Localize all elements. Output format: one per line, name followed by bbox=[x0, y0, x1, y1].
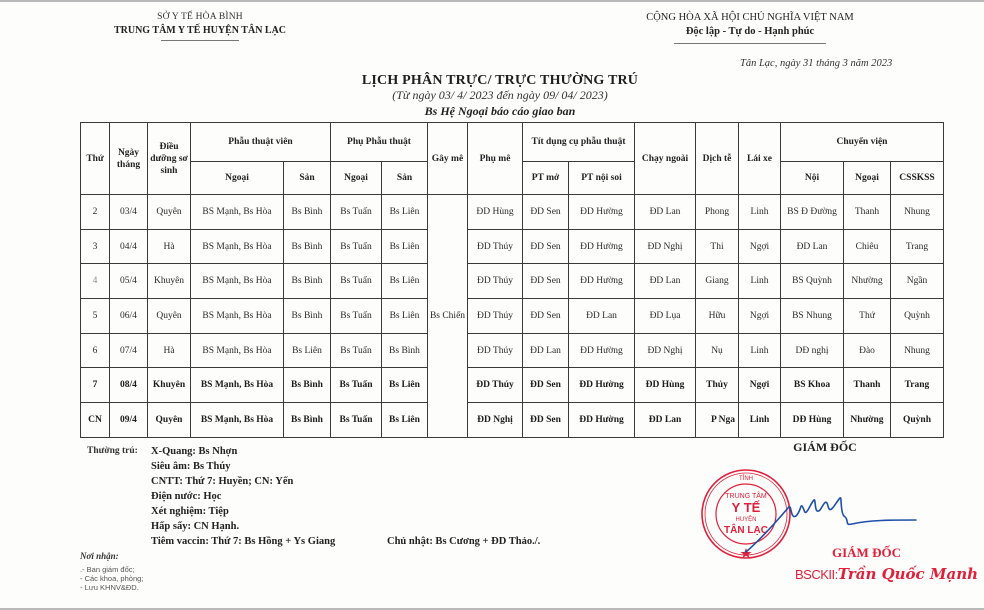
cell-cv-noi: BS Quỳnh bbox=[781, 264, 844, 299]
header-phau-thuat-vien: Phẫu thuật viên bbox=[191, 123, 331, 162]
cell-phu-me: ĐD Thúy bbox=[468, 333, 523, 368]
cell-pt-noi-soi: ĐD Hường bbox=[569, 368, 635, 403]
cell-cv-noi: DĐ nghị bbox=[781, 333, 844, 368]
cell-cv-ngoai: Đào bbox=[844, 333, 891, 368]
cell-dich-te: Hữu bbox=[696, 299, 739, 334]
cell-ngay: 07/4 bbox=[110, 333, 148, 368]
cell-dich-te: P Nga bbox=[696, 403, 739, 438]
cell-ppt-ngoai: Bs Tuấn bbox=[331, 333, 382, 368]
cell-cv-ngoai: Thanh bbox=[844, 368, 891, 403]
cell-phu-me: ĐD Thúy bbox=[468, 299, 523, 334]
cell-chay-ngoai: ĐD Hùng bbox=[635, 368, 696, 403]
cell-ptv-ngoai: BS Mạnh, Bs Hòa bbox=[191, 368, 284, 403]
divider bbox=[674, 43, 826, 44]
cell-dd: Hà bbox=[148, 333, 191, 368]
note-xquang: X-Quang: Bs Nhợn bbox=[151, 446, 237, 457]
recipient-item: - Lưu KHNV&ĐD. bbox=[80, 583, 143, 592]
header-pt-noi-soi: PT nội soi bbox=[569, 162, 635, 195]
cell-thu: CN bbox=[81, 403, 110, 438]
director-degree: BSCKII: bbox=[795, 567, 838, 582]
cell-ptv-san: Bs Bình bbox=[284, 195, 331, 230]
cell-ngay: 06/4 bbox=[110, 299, 148, 334]
header-dieu-duong: Điều dưỡng sơ sinh bbox=[148, 123, 191, 195]
note-sunday: Chủ nhật: Bs Cương + ĐD Thảo./. bbox=[387, 536, 540, 547]
cell-chay-ngoai: ĐD Nghị bbox=[635, 229, 696, 264]
divider bbox=[161, 40, 239, 41]
cell-phu-me: ĐD Nghị bbox=[468, 403, 523, 438]
cell-pt-mo: ĐD Sen bbox=[523, 299, 569, 334]
cell-dich-te: Thi bbox=[696, 229, 739, 264]
department-name: SỞ Y TẾ HÒA BÌNH bbox=[60, 12, 340, 22]
header-gay-me: Gây mê bbox=[428, 123, 468, 195]
note-tiem-vaccin: Tiêm vaccin: Thứ 7: Bs Hồng + Ys Giang bbox=[151, 536, 335, 547]
cell-ptv-san: Bs Bình bbox=[284, 229, 331, 264]
cell-ptv-san: Bs Bình bbox=[284, 368, 331, 403]
cell-pt-mo: ĐD Sen bbox=[523, 195, 569, 230]
header-phu-phau-thuat: Phụ Phẫu thuật bbox=[331, 123, 428, 162]
cell-phu-me: ĐD Thúy bbox=[468, 229, 523, 264]
cell-phu-me: ĐD Thúy bbox=[468, 368, 523, 403]
cell-cv-csskss: Trang bbox=[891, 368, 944, 403]
cell-cv-ngoai: Chiêu bbox=[844, 229, 891, 264]
page-top-border bbox=[0, 0, 984, 2]
cell-ngay: 05/4 bbox=[110, 264, 148, 299]
cell-pt-noi-soi: ĐD Hường bbox=[569, 403, 635, 438]
table-row: 304/4HàBS Mạnh, Bs HòaBs BìnhBs TuấnBs L… bbox=[81, 229, 944, 264]
recipients: Nơi nhận: .- Ban giám đốc; - Các khoa, p… bbox=[80, 551, 143, 592]
cell-cv-csskss: Nhung bbox=[891, 333, 944, 368]
cell-ppt-ngoai: Bs Tuấn bbox=[331, 403, 382, 438]
header-thu: Thứ bbox=[81, 123, 110, 195]
cell-ngay: 09/4 bbox=[110, 403, 148, 438]
cell-dd: Quyên bbox=[148, 299, 191, 334]
note-xet-nghiem: Xét nghiệm: Tiệp bbox=[151, 506, 229, 517]
header-tit-dung-cu: Tít dụng cụ phẫu thuật bbox=[523, 123, 635, 162]
cell-ppt-san: Bs Liên bbox=[382, 264, 428, 299]
cell-gay-me: Bs Chiến bbox=[428, 195, 468, 438]
note-sieu-am: Siêu âm: Bs Thúy bbox=[151, 461, 230, 472]
cell-cv-noi: BS Đ Đường bbox=[781, 195, 844, 230]
stamp-title: GIÁM ĐỐC bbox=[832, 545, 901, 561]
cell-cv-csskss: Nhung bbox=[891, 195, 944, 230]
cell-ppt-san: Bs Liên bbox=[382, 299, 428, 334]
cell-dd: Khuyên bbox=[148, 368, 191, 403]
cell-lai-xe: Linh bbox=[739, 195, 781, 230]
date-range: (Từ ngày 03/ 4/ 2023 đến ngày 09/ 04/ 20… bbox=[300, 88, 700, 103]
cell-ptv-ngoai: BS Mạnh, Bs Hòa bbox=[191, 229, 284, 264]
cell-ppt-san: Bs Liên bbox=[382, 229, 428, 264]
cell-cv-ngoai: Thanh bbox=[844, 195, 891, 230]
cell-lai-xe: Ngợi bbox=[739, 368, 781, 403]
header-ngay-thang: Ngày tháng bbox=[110, 123, 148, 195]
seal-top: TỈNH bbox=[739, 475, 753, 482]
header-chuyen-vien: Chuyển viện bbox=[781, 123, 944, 162]
cell-chay-ngoai: ĐD Nghị bbox=[635, 333, 696, 368]
cell-ptv-san: Bs Bình bbox=[284, 299, 331, 334]
header-cv-ngoai: Ngoại bbox=[844, 162, 891, 195]
header-ppt-san: Sản bbox=[382, 162, 428, 195]
cell-thu: 4 bbox=[81, 264, 110, 299]
cell-ptv-ngoai: BS Mạnh, Bs Hòa bbox=[191, 299, 284, 334]
cell-cv-noi: ĐD Lan bbox=[781, 229, 844, 264]
cell-ptv-san: Bs Liên bbox=[284, 333, 331, 368]
cell-lai-xe: Linh bbox=[739, 333, 781, 368]
country-name: CỘNG HÒA XÃ HỘI CHỦ NGHĨA VIỆT NAM bbox=[610, 12, 890, 23]
header-phu-me: Phụ mê bbox=[468, 123, 523, 195]
cell-chay-ngoai: ĐD Lan bbox=[635, 403, 696, 438]
cell-dd: Khuyên bbox=[148, 264, 191, 299]
cell-thu: 3 bbox=[81, 229, 110, 264]
header-ptv-san: Sản bbox=[284, 162, 331, 195]
recipient-item: .- Ban giám đốc; bbox=[80, 565, 143, 574]
table-row: 506/4QuyênBS Mạnh, Bs HòaBs BìnhBs TuấnB… bbox=[81, 299, 944, 334]
cell-lai-xe: Ngợi bbox=[739, 299, 781, 334]
cell-cv-noi: DĐ Hùng bbox=[781, 403, 844, 438]
note-hap-say: Hấp sấy: CN Hạnh. bbox=[151, 521, 239, 532]
cell-cv-csskss: Quỳnh bbox=[891, 299, 944, 334]
cell-pt-noi-soi: ĐD Hường bbox=[569, 195, 635, 230]
cell-ptv-ngoai: BS Mạnh, Bs Hòa bbox=[191, 264, 284, 299]
cell-cv-noi: BS Khoa bbox=[781, 368, 844, 403]
cell-chay-ngoai: ĐD Lan bbox=[635, 264, 696, 299]
cell-dd: Hà bbox=[148, 229, 191, 264]
cell-cv-csskss: Ngần bbox=[891, 264, 944, 299]
header-dich-te: Dịch tễ bbox=[696, 123, 739, 195]
table-row: CN09/4QuyênBS Mạnh, Bs HòaBs BìnhBs Tuấn… bbox=[81, 403, 944, 438]
cell-cv-csskss: Quỳnh bbox=[891, 403, 944, 438]
cell-ppt-ngoai: Bs Tuấn bbox=[331, 229, 382, 264]
cell-ngay: 03/4 bbox=[110, 195, 148, 230]
cell-pt-mo: ĐD Sen bbox=[523, 403, 569, 438]
header-lai-xe: Lái xe bbox=[739, 123, 781, 195]
cell-ppt-ngoai: Bs Tuấn bbox=[331, 264, 382, 299]
notes-label: Thường trú: bbox=[87, 446, 138, 456]
cell-ptv-ngoai: BS Mạnh, Bs Hòa bbox=[191, 195, 284, 230]
national-motto: CỘNG HÒA XÃ HỘI CHỦ NGHĨA VIỆT NAM Độc l… bbox=[610, 12, 890, 44]
table-row: 405/4KhuyênBS Mạnh, Bs HòaBs BìnhBs Tuấn… bbox=[81, 264, 944, 299]
cell-pt-noi-soi: ĐD Lan bbox=[569, 299, 635, 334]
note-dien-nuoc: Điện nước: Học bbox=[151, 491, 221, 502]
cell-dich-te: Thủy bbox=[696, 368, 739, 403]
cell-ppt-san: Bs Liên bbox=[382, 403, 428, 438]
cell-cv-csskss: Trang bbox=[891, 229, 944, 264]
note-cntt: CNTT: Thứ 7: Huyền; CN: Yến bbox=[151, 476, 293, 487]
cell-lai-xe: Linh bbox=[739, 403, 781, 438]
cell-thu: 2 bbox=[81, 195, 110, 230]
table-row: 708/4KhuyênBS Mạnh, Bs HòaBs BìnhBs Tuấn… bbox=[81, 368, 944, 403]
cell-ngay: 04/4 bbox=[110, 229, 148, 264]
cell-ptv-san: Bs Bình bbox=[284, 403, 331, 438]
duty-roster-table: Thứ Ngày tháng Điều dưỡng sơ sinh Phẫu t… bbox=[80, 122, 944, 438]
document-title: LỊCH PHÂN TRỰC/ TRỰC THƯỜNG TRÚ bbox=[300, 73, 700, 89]
recipients-heading: Nơi nhận: bbox=[80, 551, 143, 561]
cell-dich-te: Nụ bbox=[696, 333, 739, 368]
cell-pt-noi-soi: ĐD Hường bbox=[569, 229, 635, 264]
table-row: 607/4HàBS Mạnh, Bs HòaBs LiênBs TuấnBs B… bbox=[81, 333, 944, 368]
cell-ppt-san: Bs Liên bbox=[382, 195, 428, 230]
cell-lai-xe: Linh bbox=[739, 264, 781, 299]
signature-heading: GIÁM ĐỐC bbox=[780, 440, 870, 455]
cell-cv-noi: BS Nhung bbox=[781, 299, 844, 334]
cell-phu-me: ĐD Thúy bbox=[468, 264, 523, 299]
center-name: TRUNG TÂM Y TẾ HUYỆN TÂN LẠC bbox=[60, 25, 340, 36]
subtitle: Bs Hệ Ngoại báo cáo giao ban bbox=[300, 104, 700, 119]
cell-chay-ngoai: ĐD Lụa bbox=[635, 299, 696, 334]
cell-pt-noi-soi: ĐD Hường bbox=[569, 333, 635, 368]
cell-ptv-ngoai: BS Mạnh, Bs Hòa bbox=[191, 403, 284, 438]
cell-ppt-san: Bs Bình bbox=[382, 333, 428, 368]
cell-cv-ngoai: Nhường bbox=[844, 403, 891, 438]
director-name: BSCKII:Trần Quốc Mạnh bbox=[795, 565, 978, 584]
header-chay-ngoai: Chạy ngoài bbox=[635, 123, 696, 195]
cell-dich-te: Giang bbox=[696, 264, 739, 299]
header-cv-csskss: CSSKSS bbox=[891, 162, 944, 195]
document-title-block: LỊCH PHÂN TRỰC/ TRỰC THƯỜNG TRÚ (Từ ngày… bbox=[300, 73, 700, 119]
cell-dd: Quyên bbox=[148, 195, 191, 230]
cell-ngay: 08/4 bbox=[110, 368, 148, 403]
cell-pt-mo: ĐD Lan bbox=[523, 333, 569, 368]
cell-cv-ngoai: Nhường bbox=[844, 264, 891, 299]
document-date: Tân Lạc, ngày 31 tháng 3 năm 2023 bbox=[740, 58, 892, 69]
motto: Độc lập - Tự do - Hạnh phúc bbox=[610, 26, 890, 37]
cell-dd: Quyên bbox=[148, 403, 191, 438]
director-full-name: Trần Quốc Mạnh bbox=[838, 565, 978, 583]
cell-pt-mo: ĐD Sen bbox=[523, 368, 569, 403]
cell-pt-noi-soi: ĐD Hường bbox=[569, 264, 635, 299]
cell-ptv-san: Bs Bình bbox=[284, 264, 331, 299]
cell-phu-me: ĐD Hùng bbox=[468, 195, 523, 230]
cell-thu: 5 bbox=[81, 299, 110, 334]
cell-chay-ngoai: ĐD Lan bbox=[635, 195, 696, 230]
cell-ppt-san: Bs Liên bbox=[382, 368, 428, 403]
cell-thu: 7 bbox=[81, 368, 110, 403]
cell-lai-xe: Ngợi bbox=[739, 229, 781, 264]
header-pt-mo: PT mở bbox=[523, 162, 569, 195]
cell-ppt-ngoai: Bs Tuấn bbox=[331, 195, 382, 230]
cell-ptv-ngoai: BS Mạnh, Bs Hòa bbox=[191, 333, 284, 368]
recipient-item: - Các khoa, phòng; bbox=[80, 574, 143, 583]
cell-pt-mo: ĐD Sen bbox=[523, 264, 569, 299]
table-row: 203/4QuyênBS Mạnh, Bs HòaBs BìnhBs TuấnB… bbox=[81, 195, 944, 230]
cell-ppt-ngoai: Bs Tuấn bbox=[331, 368, 382, 403]
cell-cv-ngoai: Thứ bbox=[844, 299, 891, 334]
cell-ppt-ngoai: Bs Tuấn bbox=[331, 299, 382, 334]
issuing-agency: SỞ Y TẾ HÒA BÌNH TRUNG TÂM Y TẾ HUYỆN TÂ… bbox=[60, 12, 340, 41]
cell-thu: 6 bbox=[81, 333, 110, 368]
header-cv-noi: Nội bbox=[781, 162, 844, 195]
cell-dich-te: Phong bbox=[696, 195, 739, 230]
cell-pt-mo: ĐD Sen bbox=[523, 229, 569, 264]
header-ppt-ngoai: Ngoại bbox=[331, 162, 382, 195]
header-ptv-ngoai: Ngoại bbox=[191, 162, 284, 195]
